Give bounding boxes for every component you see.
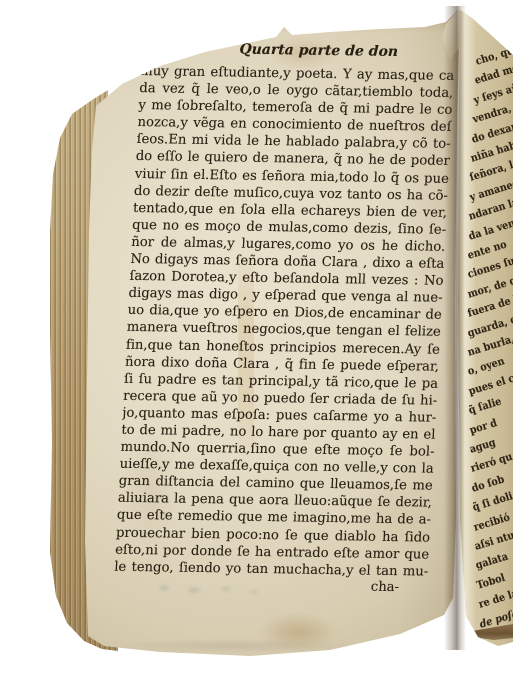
right-page-text-fragment: q̃ ſi doli [471,490,513,514]
page-header: 602 Quarta parte de don [141,38,456,68]
right-page-text-fragment: galata [474,551,509,572]
right-page-text-fragment: o, oyen [467,356,507,379]
book-photo: 602 Quarta parte de don muy gran eſtudia… [0,0,513,700]
right-page-text-fragment: rieró qu [469,451,513,475]
page-number: 602 [155,40,188,56]
right-page-text-fragment: cho, que en [474,38,513,68]
right-page-text-fragment: q̃ ſalie [467,396,503,417]
right-page-text-fragment: aſsi ntu [473,529,513,552]
right-page-text-fragment: por d [468,417,498,437]
printed-text-block: 602 Quarta parte de don muy gran eſtudia… [113,38,456,597]
right-page-text-fragment: Tobol [476,572,507,592]
right-page-text-fragment: agug [469,437,498,456]
book-shadow [90,638,450,664]
right-page-running-title-fragment: Qu [488,21,508,39]
running-title: Quarta parte de don [239,42,398,60]
body-text: muy gran eſtudiante,y poeta. Y ay mas,qu… [114,63,455,580]
right-page-text-fragment: do ſob [470,473,506,494]
